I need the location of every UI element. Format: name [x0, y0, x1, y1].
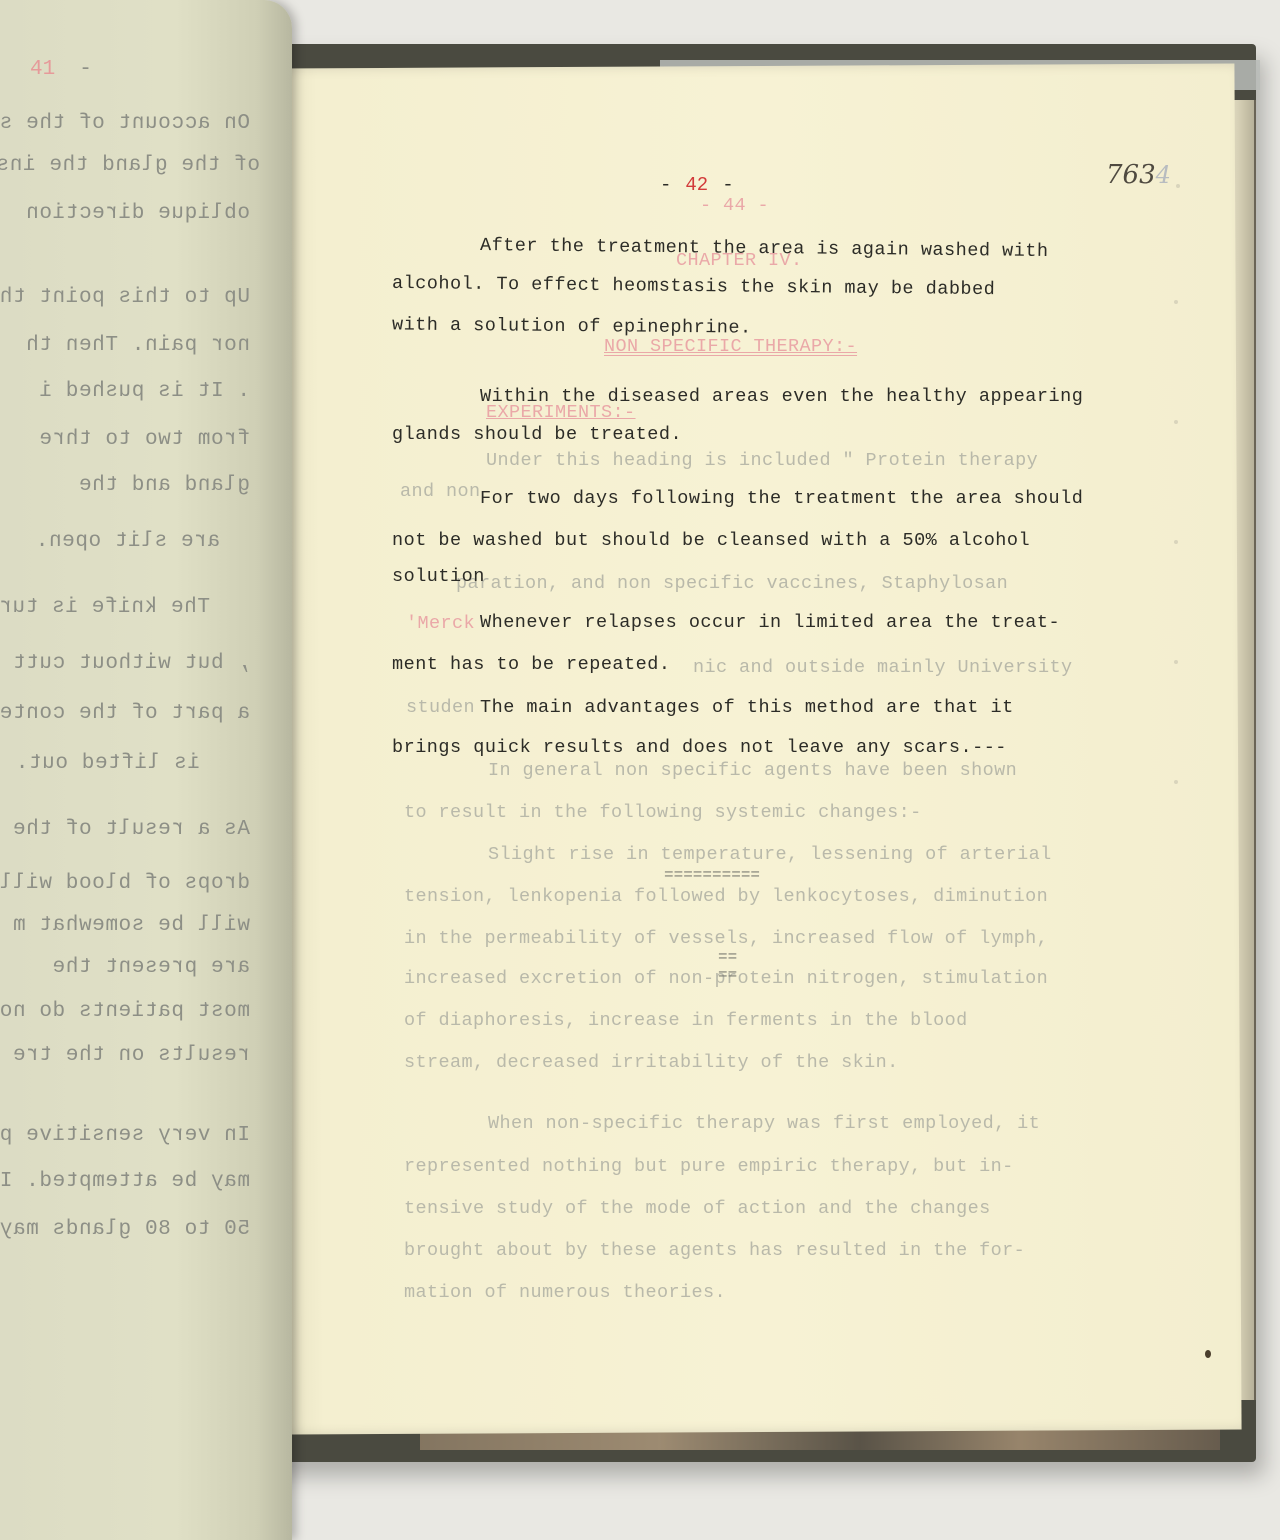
text-line: Within the diseased areas even the healt…	[480, 386, 1083, 407]
punch-hole	[1174, 660, 1178, 664]
ghost-line: paration, and non specific vaccines, Sta…	[456, 573, 1008, 594]
punch-hole	[1176, 184, 1180, 188]
text-line: brings quick results and does not leave …	[392, 737, 1007, 758]
mirrored-line: drops of blood will a	[0, 872, 250, 895]
separator-marks: ==	[718, 948, 737, 966]
mirrored-line: from two to thre	[39, 428, 250, 451]
page-number-value: 42	[685, 174, 708, 196]
mirrored-line: On account of the st	[0, 112, 250, 135]
mirrored-line: most patients do no	[0, 1000, 250, 1023]
page-number-dash: -	[660, 174, 671, 196]
mirrored-line: are present the	[52, 956, 250, 979]
text-line: solution	[392, 566, 485, 587]
mirrored-line: a part of the conten	[0, 702, 250, 725]
text-line: not be washed but should be cleansed wit…	[392, 530, 1030, 551]
separator-marks: ==	[718, 966, 737, 984]
punch-hole	[1174, 300, 1178, 304]
left-page-number-value: 41	[30, 58, 55, 81]
ghost-line: represented nothing but pure empiric the…	[404, 1156, 1014, 1177]
handwritten-archive-number: 7634	[1106, 160, 1171, 190]
ghost-line: tensive study of the mode of action and …	[404, 1198, 991, 1219]
left-page-number: 41-	[30, 58, 92, 81]
ghost-heading-therapy: NON SPECIFIC THERAPY:-	[604, 336, 857, 357]
left-facing-page: 41- On account of the st of the gland th…	[0, 0, 292, 1540]
ghost-line: Slight rise in temperature, lessening of…	[488, 844, 1052, 865]
ghost-line: brought about by these agents has result…	[404, 1240, 1025, 1261]
mirrored-line: are slit open.	[35, 530, 220, 553]
ghost-line: In general non specific agents have been…	[488, 760, 1017, 781]
mirrored-line: . It is pushed i	[39, 380, 250, 403]
mirrored-line: may be attempted. I	[0, 1170, 250, 1193]
punch-hole	[1174, 540, 1178, 544]
ghost-line: and non	[400, 481, 481, 502]
ghost-page-number: - 44 -	[700, 195, 769, 216]
ghost-line: in the permeability of vessels, increase…	[404, 928, 1048, 949]
page-number: -42-	[660, 174, 734, 196]
text-line: For two days following the treatment the…	[480, 488, 1083, 509]
text-line: The main advantages of this method are t…	[480, 697, 1014, 718]
mirrored-line: oblique direction	[26, 202, 250, 225]
mirrored-line: 50 to 80 glands may	[0, 1218, 250, 1241]
ghost-line: When non-specific therapy was first empl…	[488, 1113, 1040, 1134]
ghost-line: studen	[406, 697, 475, 718]
ghost-line: to result in the following systemic chan…	[404, 802, 922, 823]
text-line: with a solution of epinephrine.	[392, 314, 752, 338]
ink-spot	[1205, 1350, 1211, 1358]
ghost-line: of diaphoresis, increase in ferments in …	[404, 1010, 968, 1031]
text-line: glands should be treated.	[392, 424, 682, 445]
ghost-line: 'Merck	[406, 613, 475, 634]
mirrored-line: nor pain. Then th	[26, 334, 250, 357]
text-line: ment has to be repeated.	[392, 654, 670, 675]
mirrored-line: In very sensitive pa	[0, 1124, 250, 1147]
mirrored-line: , but without cutt	[12, 652, 250, 675]
archive-number-faint: 4	[1156, 161, 1171, 189]
ghost-line: Under this heading is included " Protein…	[486, 450, 1038, 471]
mirrored-line: gland and the	[78, 474, 250, 497]
mirrored-line: is lifted out.	[15, 752, 200, 775]
mirrored-line: of the gland the instr	[0, 154, 260, 177]
punch-hole	[1174, 420, 1178, 424]
archive-number-text: 763	[1106, 160, 1156, 190]
ghost-line: stream, decreased irritability of the sk…	[404, 1052, 899, 1073]
mirrored-line: As a result of the i	[0, 818, 250, 841]
ghost-line: mation of numerous theories.	[404, 1282, 726, 1303]
ghost-line: nic and outside mainly University	[693, 657, 1073, 678]
mirrored-line: The knife is turned	[0, 596, 210, 619]
ghost-line: tension, lenkopenia followed by lenkocyt…	[404, 886, 1048, 907]
mirrored-line: results on the tre	[12, 1044, 250, 1067]
mirrored-line: will be somewhat m	[12, 914, 250, 937]
separator-marks: ==========	[664, 866, 760, 884]
mirrored-line: Up to this point the	[0, 286, 250, 309]
punch-hole	[1174, 780, 1178, 784]
text-line: Whenever relapses occur in limited area …	[480, 612, 1060, 633]
page-number-dash: -	[722, 174, 733, 196]
